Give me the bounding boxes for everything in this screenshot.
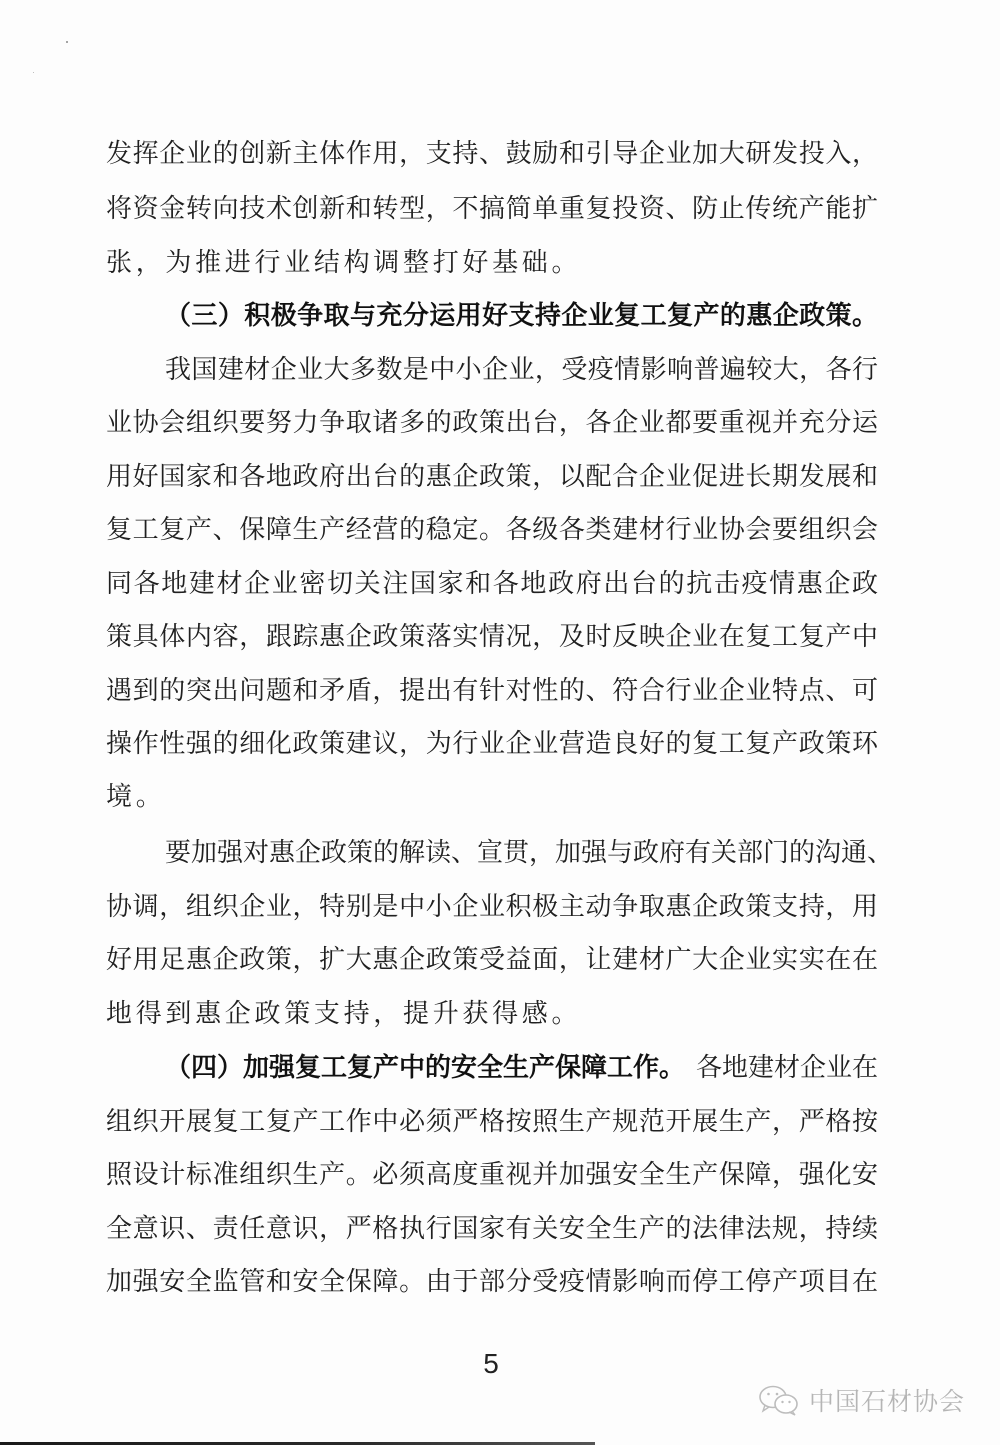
watermark-text: 中国石材协会: [809, 1382, 965, 1418]
section-3-heading: （三）积极争取与充分运用好支持企业复工复产的惠企政策。: [165, 299, 878, 333]
section-3-para-a-line-4: 复工复产、保障生产经营的稳定。各级各类建材行业协会要组织会: [106, 513, 878, 547]
paragraph-1-line-1: 发挥企业的创新主体作用，支持、鼓励和引导企业加大研发投入，: [106, 137, 878, 171]
paragraph-1-line-3: 张，为推进行业结构调整打好基础。: [106, 246, 878, 280]
section-3-para-a-line-9: 境。: [106, 780, 878, 814]
wechat-icon: [757, 1383, 801, 1417]
section-3-para-a-line-6: 策具体内容，跟踪惠企政策落实情况，及时反映企业在复工复产中: [106, 620, 878, 654]
page-number: 5: [476, 1348, 506, 1380]
section-4-heading-tail: 各地建材企业在: [696, 1051, 878, 1085]
scan-speck: [33, 72, 34, 73]
section-4-line-1: 组织开展复工复产工作中必须严格按照生产规范开展生产，严格按: [106, 1105, 878, 1139]
section-3-para-a-line-7: 遇到的突出问题和矛盾，提出有针对性的、符合行业企业特点、可: [106, 674, 878, 708]
document-page: 发挥企业的创新主体作用，支持、鼓励和引导企业加大研发投入， 将资金转向技术创新和…: [0, 0, 1000, 1445]
section-4-line-2: 照设计标准组织生产。必须高度重视并加强安全生产保障，强化安: [106, 1158, 878, 1192]
section-3-para-b-line-3: 好用足惠企政策，扩大惠企政策受益面，让建材广大企业实实在在: [106, 943, 878, 977]
section-3-para-a-line-3: 用好国家和各地政府出台的惠企政策，以配合企业促进长期发展和: [106, 460, 878, 494]
section-3-para-a-line-1: 我国建材企业大多数是中小企业，受疫情影响普遍较大，各行: [165, 353, 878, 387]
section-4-line-3: 全意识、责任意识，严格执行国家有关安全生产的法律法规，持续: [106, 1212, 878, 1246]
section-3-para-b-line-2: 协调，组织企业，特别是中小企业积极主动争取惠企政策支持，用: [106, 890, 878, 924]
section-4-heading: （四）加强复工复产中的安全生产保障工作。: [165, 1051, 685, 1085]
scan-speck: [66, 41, 68, 43]
section-4-heading-line: （四）加强复工复产中的安全生产保障工作。 各地建材企业在: [165, 1051, 878, 1085]
section-4-line-4: 加强安全监管和安全保障。由于部分受疫情影响而停工停产项目在: [106, 1265, 878, 1299]
section-3-para-a-line-2: 业协会组织要努力争取诸多的政策出台，各企业都要重视并充分运: [106, 406, 878, 440]
section-3-para-b-line-1: 要加强对惠企政策的解读、宣贯，加强与政府有关部门的沟通、: [165, 836, 878, 870]
watermark: 中国石材协会: [757, 1383, 965, 1417]
section-3-para-a-line-5: 同各地建材企业密切关注国家和各地政府出台的抗击疫情惠企政: [106, 567, 878, 601]
paragraph-1-line-2: 将资金转向技术创新和转型，不搞简单重复投资、防止传统产能扩: [106, 192, 878, 226]
section-3-para-a-line-8: 操作性强的细化政策建议，为行业企业营造良好的复工复产政策环: [106, 727, 878, 761]
section-3-para-b-line-4: 地得到惠企政策支持，提升获得感。: [106, 997, 878, 1031]
